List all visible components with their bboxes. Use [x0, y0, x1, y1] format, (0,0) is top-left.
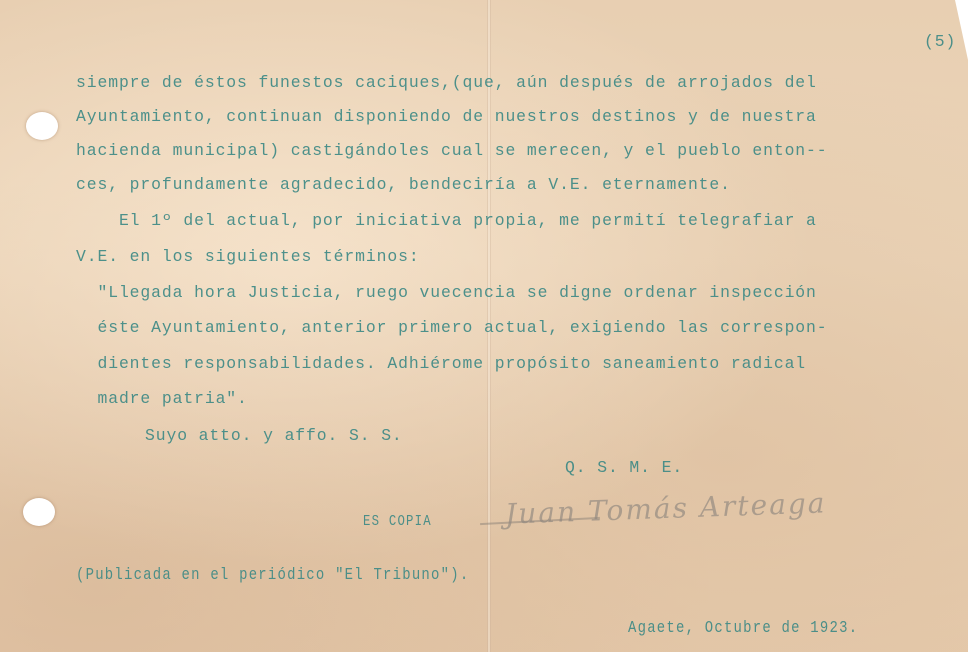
body-line-1: siempre de éstos funestos caciques,(que,…: [76, 73, 817, 92]
punch-hole-bottom: [23, 498, 55, 526]
publication-note: (Publicada en el periódico "El Tribuno")…: [76, 566, 469, 585]
body-line-2: Ayuntamiento, continuan disponiendo de n…: [76, 107, 817, 126]
body-line-6: V.E. en los siguientes términos:: [76, 247, 420, 266]
place-and-date: Agaete, Octubre de 1923.: [628, 619, 858, 638]
es-copia-label: ES COPIA: [363, 513, 432, 530]
body-line-4: ces, profundamente agradecido, bendecirí…: [76, 175, 731, 194]
telegram-line-2: éste Ayuntamiento, anterior primero actu…: [76, 318, 828, 337]
telegram-line-1: "Llegada hora Justicia, ruego vuecencia …: [76, 283, 817, 302]
punch-hole-top: [26, 112, 58, 140]
body-line-5: El 1º del actual, por iniciativa propia,…: [76, 211, 817, 230]
page-number: (5): [924, 32, 956, 51]
telegram-line-4: madre patria".: [76, 389, 248, 408]
qsme-abbreviation: Q. S. M. E.: [565, 458, 683, 477]
telegram-line-3: dientes responsabilidades. Adhiérome pro…: [76, 354, 806, 373]
body-line-3: hacienda municipal) castigándoles cual s…: [76, 141, 828, 160]
closing-salutation: Suyo atto. y affo. S. S.: [145, 426, 403, 445]
